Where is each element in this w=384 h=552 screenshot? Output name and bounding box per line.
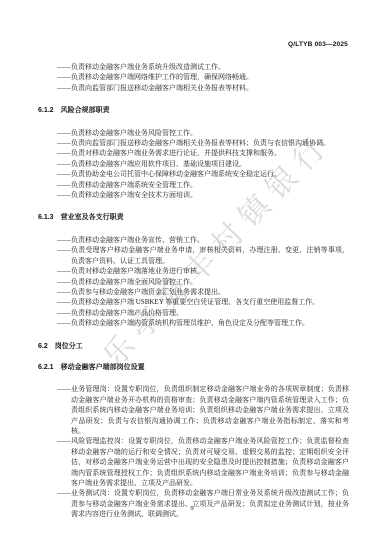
- section-title: 岗位分工: [55, 343, 83, 350]
- section-heading-6-1-3: 6.1.3营业室及各支行职责: [38, 213, 349, 223]
- list-item: ——负责向监管部门报送移动金融客户端相关业务报表等材料；负责与农信银沟通协调。: [57, 138, 349, 148]
- section-number: 6.1.2: [38, 107, 54, 114]
- list-item: ——负责移动金融客户端系统安全管理工作。: [57, 180, 349, 190]
- list-item: ——负责受理客户移动金融客户端业务申请，审核相关资料，办理注册、变更、注销等事项…: [57, 245, 349, 266]
- document-page: 乐亭舜丰村镇银行 Q/LTYB 003—2025 ——负责移动金融客户端业务系统…: [0, 0, 384, 552]
- section-title: 风险合规部职责: [61, 107, 110, 114]
- list-item: ——负责参与移动金融客户端资金汇划业务需求提出。: [57, 287, 349, 297]
- list-item: ——负责移动金融客户端业务宣传、营销工作。: [57, 235, 349, 245]
- list-item: ——负责移动金融客户端产品价格管理。: [57, 308, 349, 318]
- section-heading-6-2: 6.2岗位分工: [38, 342, 349, 352]
- page-number: 9: [0, 505, 384, 512]
- section-number: 6.1.3: [38, 214, 54, 221]
- list-item: ——负责移动金融客户端业务风险管控工作。: [57, 128, 349, 138]
- section-number: 6.2: [38, 343, 48, 350]
- section-number: 6.2.1: [38, 364, 54, 371]
- list-item: ——负责移动金融客户端应用软件项目、基础设施项目建设。: [57, 159, 349, 169]
- list-item: ——业务管理岗：设置专职岗位，负责组织制定移动金融客户端业务的各项规章制度；负责…: [57, 384, 349, 436]
- list-item: ——负责移动金融客户端业务系统升级改造测试工作。: [57, 62, 349, 72]
- list-item: ——负责移动金融客户端安全技术方面培训。: [57, 190, 349, 200]
- list-item: ——负责移动金融客户端全面风险管控工作。: [57, 277, 349, 287]
- section-title: 营业室及各支行职责: [61, 214, 124, 221]
- list-item: ——风险管理监控岗：设置专职岗位，负责移动金融客户端业务风险管控工作；负责监督检…: [57, 436, 349, 488]
- list-item: ——负责向监管部门报送移动金融客户端相关业务报表等材料。: [57, 83, 349, 93]
- section-heading-6-2-1: 6.2.1移动金融客户端部岗位设置: [38, 363, 349, 373]
- section-title: 移动金融客户端部岗位设置: [61, 364, 145, 371]
- list-item: ——负责移动金融客户端 USBKEY 等重要空白凭证管理、各支行重空使用监督工作…: [57, 297, 349, 307]
- list-item: ——负责对移动金融客户端业务需求进行论证，并提供科技支撑和服务。: [57, 148, 349, 158]
- list-item: ——负责对移动金融客户端落地业务进行审核。: [57, 266, 349, 276]
- list-item: ——负责移动金融客户端网络维护工作的管理，确保网络畅通。: [57, 72, 349, 82]
- doc-code: Q/LTYB 003—2025: [288, 41, 348, 48]
- section-heading-6-1-2: 6.1.2风险合规部职责: [38, 106, 349, 116]
- list-item: ——负责移动金融客户端内管系统机构管理员维护、角色设定及分配等管理工作。: [57, 318, 349, 328]
- document-body: ——负责移动金融客户端业务系统升级改造测试工作。 ——负责移动金融客户端网络维护…: [57, 62, 349, 520]
- list-item: ——负责协助金电公司托管中心保障移动金融客户端系统安全稳定运行。: [57, 169, 349, 179]
